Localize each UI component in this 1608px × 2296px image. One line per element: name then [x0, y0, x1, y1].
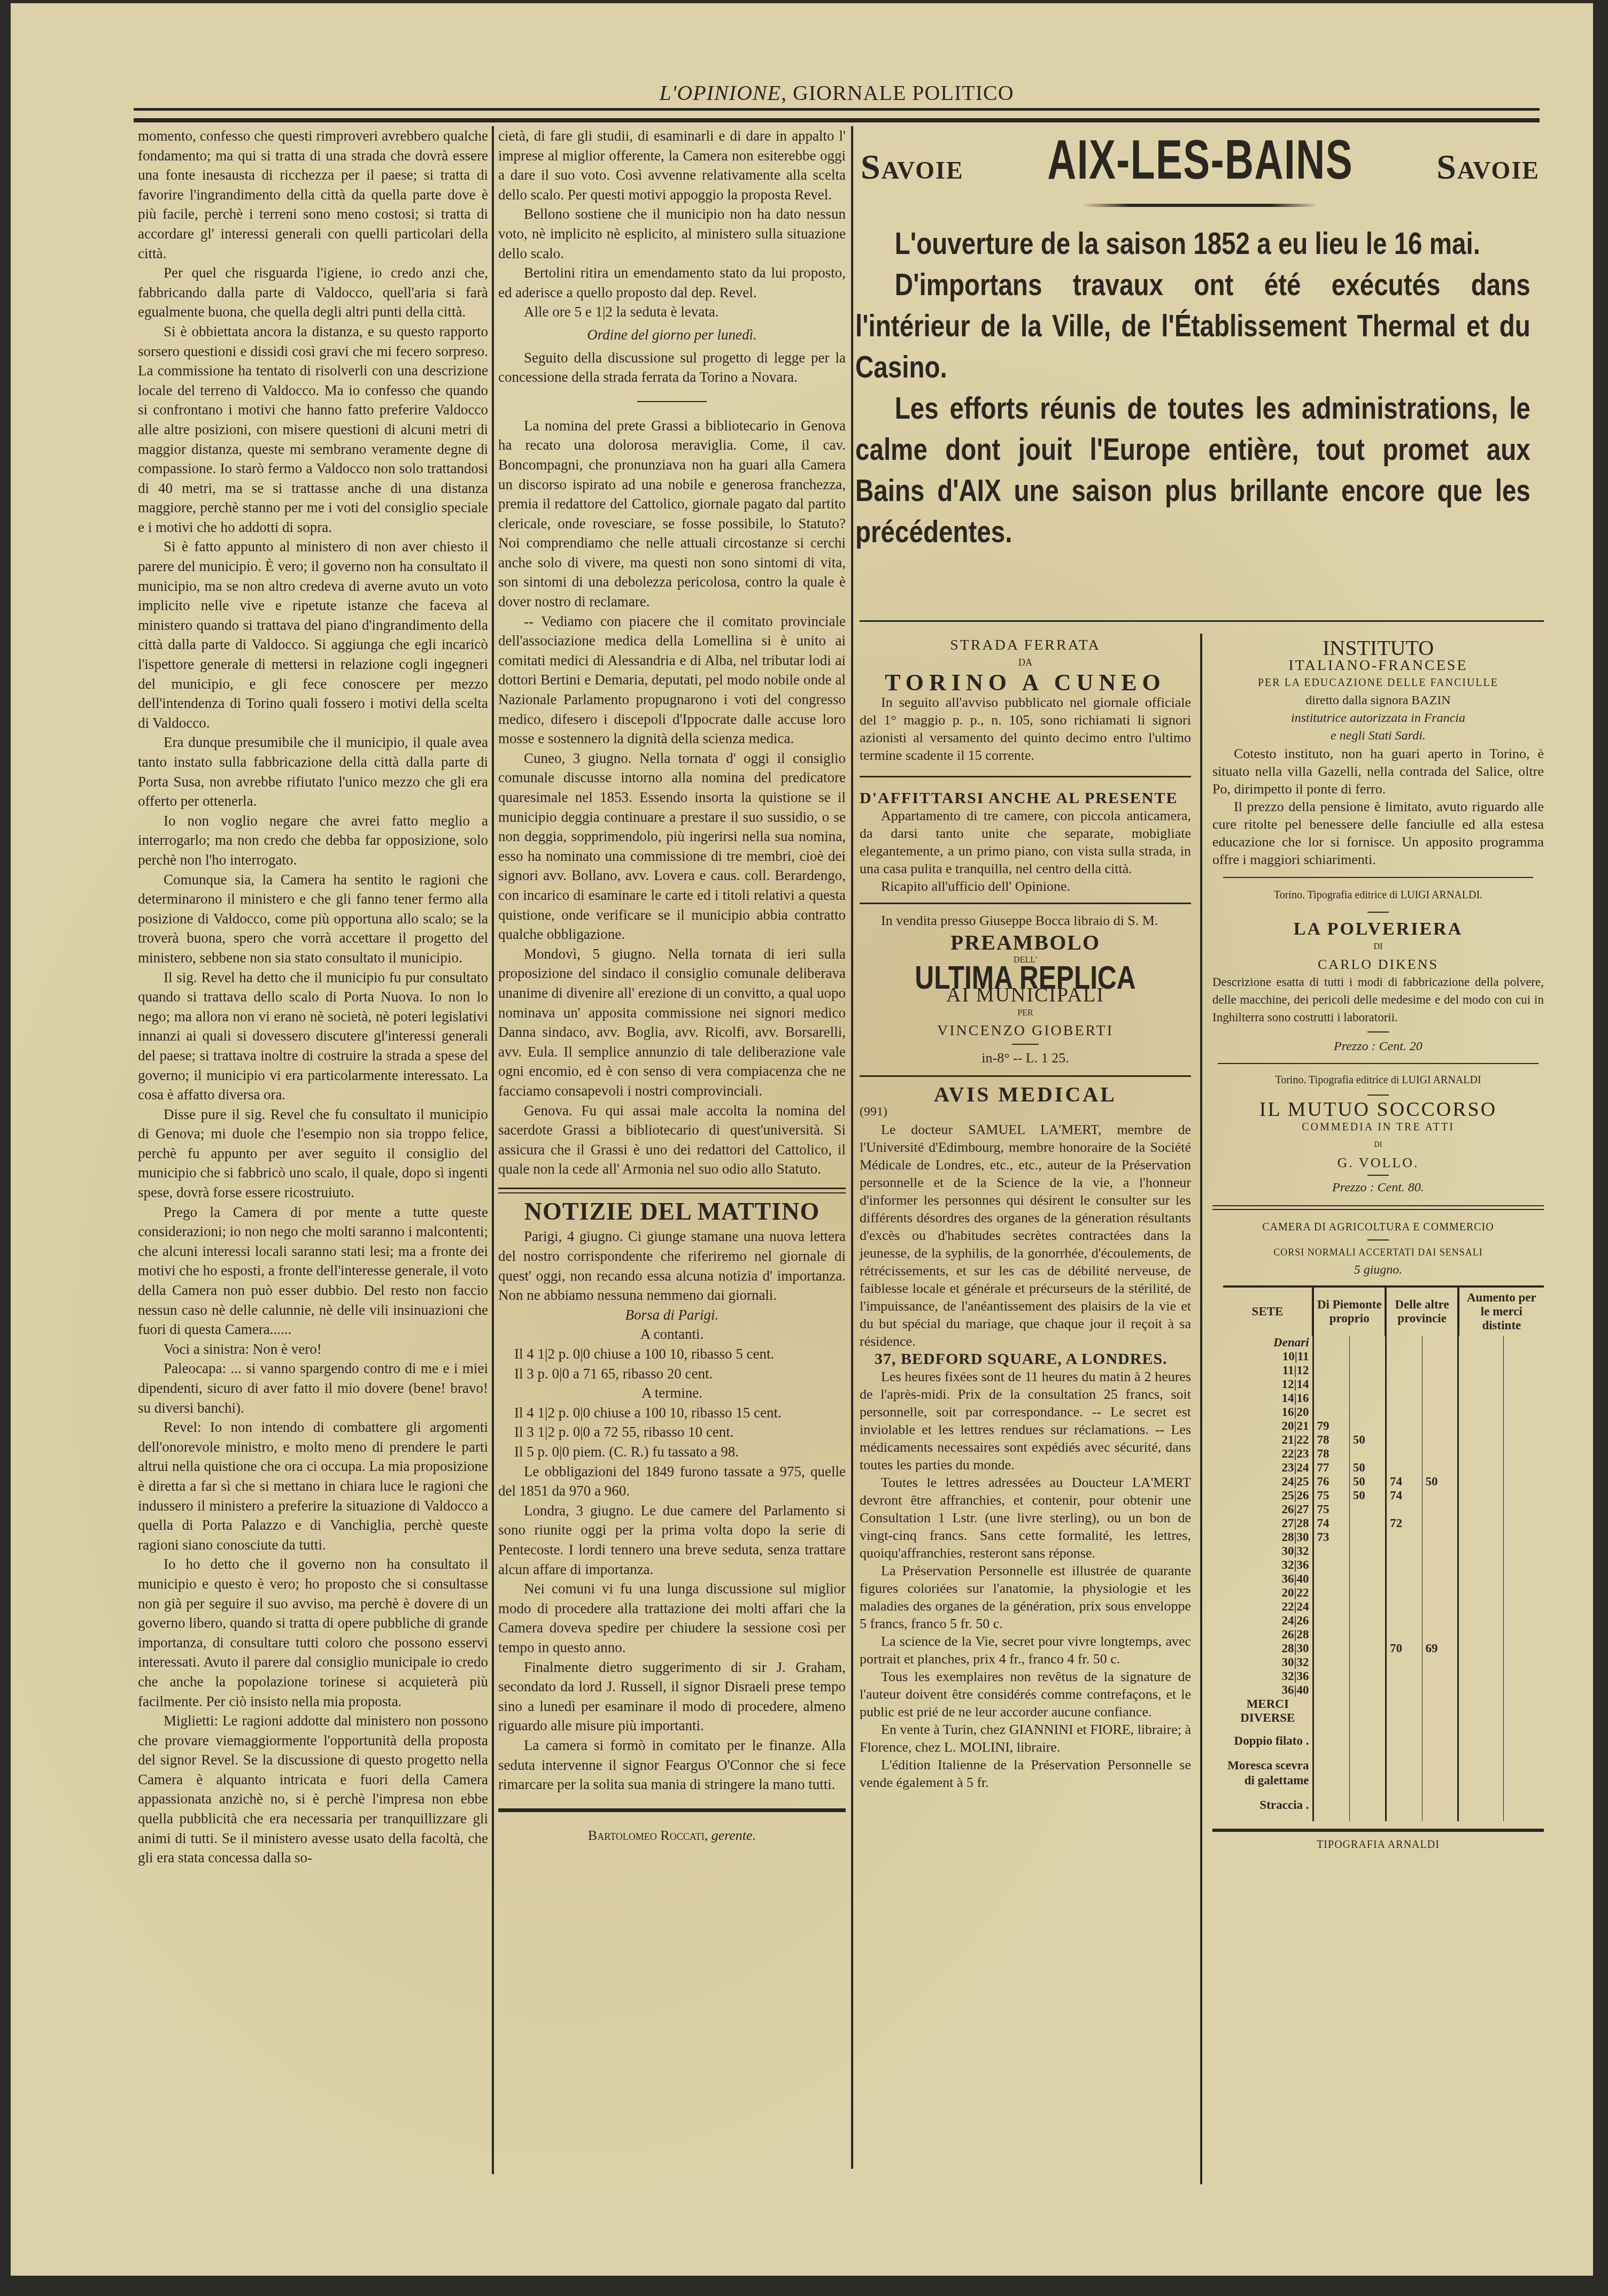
table-cell — [1458, 1789, 1504, 1821]
table-row: 27|287472 — [1223, 1516, 1544, 1530]
price-cell — [1458, 1586, 1504, 1600]
instituto-paragraph: Cotesto instituto, non ha guari aperto i… — [1212, 745, 1544, 798]
signature: Bartolomeo Roccati, gerente. — [498, 1826, 846, 1846]
price-cell — [1458, 1530, 1504, 1544]
price-cell — [1349, 1586, 1386, 1600]
article-paragraph: Bertolini ritira un emendamento stato da… — [498, 263, 846, 302]
table-row: 22|2378 — [1223, 1447, 1544, 1461]
price-cell — [1503, 1391, 1544, 1405]
price-cell — [1458, 1489, 1504, 1503]
denari-range: 24|26 — [1223, 1614, 1313, 1628]
printer-credit: TIPOGRAFIA ARNALDI — [1212, 1836, 1544, 1854]
price-cell — [1349, 1614, 1386, 1628]
table-cell — [1503, 1789, 1544, 1821]
preambolo-price: in-8° -- L. 1 25. — [860, 1049, 1191, 1067]
price-cell — [1422, 1391, 1458, 1405]
aix-left-label: Savoie — [861, 147, 964, 188]
bourse-quote: Il 3 p. 0|0 a 71 65, ribasso 20 cent. — [514, 1364, 846, 1384]
londra-paragraph: La camera si formò in comitato per le fi… — [498, 1736, 846, 1794]
denari-range: 30|32 — [1223, 1544, 1313, 1558]
price-cell — [1458, 1642, 1504, 1655]
price-cell — [1386, 1683, 1422, 1697]
price-cell — [1422, 1489, 1458, 1503]
camera-subtitle: CORSI NORMALI ACCERTATI DAI SENSALI — [1212, 1244, 1544, 1261]
price-cell — [1503, 1530, 1544, 1544]
price-cell — [1422, 1544, 1458, 1558]
denari-range: 36|40 — [1223, 1683, 1313, 1697]
table-cell — [1422, 1725, 1458, 1757]
article-paragraph: Prego la Camera di por mente a tutte que… — [138, 1203, 488, 1339]
divider — [1367, 1239, 1389, 1241]
price-cell — [1503, 1572, 1544, 1586]
divider — [1218, 1063, 1539, 1064]
table-row: 30|32 — [1223, 1655, 1544, 1669]
table-cell — [1458, 1757, 1504, 1789]
aix-title: AIX-LES-BAINS — [1047, 128, 1353, 192]
price-cell: 50 — [1349, 1433, 1386, 1447]
merci-item: Doppio filato . — [1223, 1725, 1313, 1757]
price-cell — [1313, 1600, 1349, 1614]
table-row: 12|14 — [1223, 1377, 1544, 1391]
article-paragraph: Io ho detto che il governo non ha consul… — [138, 1554, 488, 1711]
column-2: cietà, di fare gli studii, di esaminarli… — [498, 126, 846, 1845]
price-cell — [1349, 1544, 1386, 1558]
mutuo-author: G. VOLLO. — [1212, 1154, 1544, 1172]
denari-range: 24|25 — [1223, 1475, 1313, 1489]
avis-paragraph: En vente à Turin, chez GIANNINI et FIORE… — [860, 1721, 1191, 1756]
article-paragraph: Io non voglio negare che avrei fatto meg… — [138, 811, 488, 870]
strada-title: STRADA FERRATA — [860, 636, 1191, 654]
price-cell — [1422, 1503, 1458, 1516]
price-cell — [1503, 1433, 1544, 1447]
price-cell — [1458, 1655, 1504, 1669]
price-cell — [1503, 1600, 1544, 1614]
table-cell — [1422, 1336, 1458, 1350]
table-cell — [1313, 1697, 1349, 1725]
news-paragraph: Genova. Fu qui assai male accolta la nom… — [498, 1101, 846, 1179]
table-cell — [1349, 1336, 1386, 1350]
mutuo-price: Prezzo : Cent. 80. — [1212, 1179, 1544, 1197]
price-cell — [1422, 1628, 1458, 1642]
price-cell — [1349, 1683, 1386, 1697]
price-cell — [1349, 1530, 1386, 1544]
article-paragraph: Voci a sinistra: Non è vero! — [138, 1339, 488, 1359]
price-cell — [1458, 1377, 1504, 1391]
price-cell — [1313, 1544, 1349, 1558]
avis-paragraph: Les heures fixées sont de 11 heures du m… — [860, 1368, 1191, 1474]
table-cell — [1349, 1789, 1386, 1821]
affittarsi-text: Appartamento di tre camere, con piccola … — [860, 807, 1191, 877]
denari-range: 26|27 — [1223, 1503, 1313, 1516]
price-cell: 50 — [1349, 1489, 1386, 1503]
table-cell — [1313, 1336, 1349, 1350]
table-header: SETE — [1223, 1288, 1313, 1336]
table-cell — [1313, 1757, 1349, 1789]
masthead-subtitle: , GIORNALE POLITICO — [781, 81, 1014, 105]
table-cell — [1386, 1725, 1422, 1757]
strada-text: In seguito all'avviso pubblicato nel gio… — [860, 694, 1191, 764]
table-cell — [1386, 1697, 1422, 1725]
table-row: 11|12 — [1223, 1363, 1544, 1377]
table-row: 24|26 — [1223, 1614, 1544, 1628]
table-cell — [1458, 1336, 1504, 1350]
avis-paragraph: Le docteur SAMUEL LA'MERT, membre de l'U… — [860, 1121, 1191, 1350]
parigi-paragraph: Parigi, 4 giugno. Ci giunge stamane una … — [498, 1227, 846, 1305]
londra-paragraph: Londra, 3 giugno. Le due camere del Parl… — [498, 1501, 846, 1579]
price-cell — [1503, 1350, 1544, 1363]
table-cell — [1349, 1757, 1386, 1789]
price-cell: 75 — [1313, 1503, 1349, 1516]
instituto-cred2: e negli Stati Sardi. — [1212, 727, 1544, 745]
price-cell — [1313, 1683, 1349, 1697]
londra-paragraph: Finalmente dietro suggerimento di sir J.… — [498, 1658, 846, 1736]
price-cell — [1349, 1558, 1386, 1572]
table-cell — [1503, 1336, 1544, 1350]
price-cell — [1313, 1558, 1349, 1572]
price-cell — [1349, 1377, 1386, 1391]
instituto-subtitle: ITALIANO-FRANCESE — [1212, 657, 1544, 674]
ads-left-column: STRADA FERRATA DA TORINO A CUNEO In segu… — [860, 636, 1191, 1791]
denari-range: 11|12 — [1223, 1363, 1313, 1377]
price-cell: 75 — [1313, 1489, 1349, 1503]
table-row: 20|22 — [1223, 1586, 1544, 1600]
price-cell — [1422, 1683, 1458, 1697]
price-cell — [1349, 1572, 1386, 1586]
denari-range: 10|11 — [1223, 1350, 1313, 1363]
table-row: 23|247750 — [1223, 1461, 1544, 1475]
price-cell — [1386, 1558, 1422, 1572]
price-cell — [1349, 1447, 1386, 1461]
table-row: 28|3073 — [1223, 1530, 1544, 1544]
denari-range: 25|26 — [1223, 1489, 1313, 1503]
table-cell — [1422, 1757, 1458, 1789]
price-cell — [1503, 1558, 1544, 1572]
mutuo-subtitle: COMMEDIA IN TRE ATTI — [1212, 1119, 1544, 1136]
table-row: 26|28 — [1223, 1628, 1544, 1642]
aix-paragraph: Les efforts réunis de toutes les adminis… — [855, 388, 1530, 552]
notizie-title: NOTIZIE DEL MATTINO — [498, 1202, 846, 1222]
table-cell — [1422, 1697, 1458, 1725]
table-row: 36|40 — [1223, 1572, 1544, 1586]
table-header: Delle altre provincie — [1386, 1288, 1458, 1336]
price-cell — [1503, 1419, 1544, 1433]
price-cell — [1313, 1391, 1349, 1405]
price-cell — [1503, 1544, 1544, 1558]
article-paragraph: Revel: Io non intendo di combattere gli … — [138, 1417, 488, 1554]
price-cell — [1313, 1628, 1349, 1642]
price-cell — [1386, 1433, 1422, 1447]
denari-range: 36|40 — [1223, 1572, 1313, 1586]
price-cell — [1503, 1461, 1544, 1475]
price-cell — [1349, 1628, 1386, 1642]
price-cell — [1386, 1419, 1422, 1433]
denari-range: 27|28 — [1223, 1516, 1313, 1530]
price-cell: 79 — [1313, 1419, 1349, 1433]
price-cell — [1313, 1377, 1349, 1391]
table-row: 10|11 — [1223, 1350, 1544, 1363]
aix-advert: Savoie AIX-LES-BAINS Savoie L'ouverture … — [855, 126, 1545, 552]
affittarsi-title: D'AFFITTARSI ANCHE AL PRESENTE — [860, 789, 1191, 807]
price-cell — [1422, 1419, 1458, 1433]
price-cell — [1386, 1503, 1422, 1516]
avis-paragraph: L'édition Italienne de la Préservation P… — [860, 1756, 1191, 1791]
article-paragraph: Era dunque presumibile che il municipio,… — [138, 733, 488, 811]
price-cell — [1422, 1350, 1458, 1363]
ads-right-column: INSTITUTO ITALIANO-FRANCESE PER LA EDUCA… — [1212, 639, 1544, 1854]
price-cell — [1422, 1669, 1458, 1683]
masthead-rule — [134, 108, 1540, 122]
bourse-quote: Il 5 p. 0|0 piem. (C. R.) fu tassato a 9… — [514, 1442, 846, 1462]
table-cell — [1349, 1725, 1386, 1757]
price-cell — [1349, 1503, 1386, 1516]
price-cell — [1458, 1544, 1504, 1558]
price-cell — [1386, 1377, 1422, 1391]
price-cell — [1458, 1600, 1504, 1614]
divider — [860, 776, 1191, 777]
article-paragraph: Disse pure il sig. Revel che fu consulta… — [138, 1105, 488, 1203]
table-row: 26|2775 — [1223, 1503, 1544, 1516]
price-cell — [1313, 1655, 1349, 1669]
bourse-quote: Il 4 1|2 p. 0|0 chiuse a 100 10, ribasso… — [514, 1403, 846, 1423]
table-cell — [1503, 1697, 1544, 1725]
price-cell — [1349, 1669, 1386, 1683]
price-cell — [1386, 1600, 1422, 1614]
table-cell — [1422, 1789, 1458, 1821]
aix-right-label: Savoie — [1436, 147, 1540, 188]
instituto-paragraph: Il prezzo della pensione è limitato, avu… — [1212, 798, 1544, 868]
masthead: L'OPINIONE, GIORNALE POLITICO — [134, 80, 1540, 105]
price-cell — [1386, 1461, 1422, 1475]
price-cell — [1349, 1405, 1386, 1419]
avis-address: 37, BEDFORD SQUARE, A LONDRES. — [860, 1350, 1191, 1368]
price-cell: 76 — [1313, 1475, 1349, 1489]
table-row: 16|20 — [1223, 1405, 1544, 1419]
table-row: 32|36 — [1223, 1558, 1544, 1572]
price-cell — [1458, 1503, 1504, 1516]
denari-range: 22|23 — [1223, 1447, 1313, 1461]
section-rule — [498, 1188, 846, 1193]
instituto-cred: institutrice autorizzata in Francia — [1212, 710, 1544, 727]
article-paragraph: momento, confesso che questi rimproveri … — [138, 126, 488, 263]
table-row: 22|24 — [1223, 1600, 1544, 1614]
price-cell — [1422, 1572, 1458, 1586]
polveriera-printer: Torino. Tipografia editrice di LUIGI ARN… — [1212, 1072, 1544, 1089]
price-cell — [1422, 1433, 1458, 1447]
price-cell: 78 — [1313, 1433, 1349, 1447]
strada-route: TORINO A CUNEO — [860, 674, 1191, 691]
avis-paragraph: La Préservation Personnelle est illustré… — [860, 1562, 1191, 1632]
contanti-title: A contanti. — [498, 1324, 846, 1344]
price-cell — [1422, 1363, 1458, 1377]
article-paragraph: cietà, di fare gli studii, di esaminarli… — [498, 126, 846, 204]
table-cell — [1386, 1757, 1422, 1789]
price-cell — [1422, 1614, 1458, 1628]
table-cell — [1503, 1757, 1544, 1789]
price-cell — [1349, 1350, 1386, 1363]
merci-item: Moresca scevra di galettame — [1223, 1757, 1313, 1789]
price-cell — [1458, 1350, 1504, 1363]
price-cell — [1349, 1419, 1386, 1433]
instituto-director: diretto dalla signora BAZIN — [1212, 692, 1544, 710]
price-cell — [1313, 1669, 1349, 1683]
price-cell: 70 — [1386, 1642, 1422, 1655]
aix-body: L'ouverture de la saison 1852 a eu lieu … — [855, 223, 1530, 552]
price-cell — [1349, 1363, 1386, 1377]
polveriera-price: Prezzo : Cent. 20 — [1212, 1038, 1544, 1055]
price-cell — [1503, 1655, 1544, 1669]
price-cell — [1458, 1461, 1504, 1475]
preambolo-per: PER — [860, 1004, 1191, 1022]
camera-title: CAMERA DI AGRICOLTURA E COMMERCIO — [1212, 1219, 1544, 1236]
section-rule — [860, 620, 1544, 622]
denari-range: 20|22 — [1223, 1586, 1313, 1600]
price-cell — [1313, 1363, 1349, 1377]
table-cell — [1503, 1725, 1544, 1757]
divider — [1367, 912, 1389, 913]
price-cell — [1503, 1447, 1544, 1461]
affittarsi-recapito: Ricapito all'ufficio dell' Opinione. — [860, 877, 1191, 895]
table-cell — [1349, 1697, 1386, 1725]
price-cell: 50 — [1349, 1475, 1386, 1489]
price-cell — [1422, 1655, 1458, 1669]
price-cell — [1313, 1642, 1349, 1655]
price-cell — [1386, 1669, 1422, 1683]
price-cell — [1313, 1586, 1349, 1600]
price-cell — [1458, 1572, 1504, 1586]
denari-range: 12|14 — [1223, 1377, 1313, 1391]
price-cell — [1422, 1405, 1458, 1419]
price-cell — [1386, 1363, 1422, 1377]
masthead-title: L'OPINIONE — [659, 81, 780, 105]
news-paragraph: Mondovì, 5 giugno. Nella tornata di ieri… — [498, 944, 846, 1101]
price-cell — [1458, 1447, 1504, 1461]
price-cell — [1458, 1405, 1504, 1419]
price-cell — [1422, 1377, 1458, 1391]
denari-range: 28|30 — [1223, 1530, 1313, 1544]
preambolo-author: VINCENZO GIOBERTI — [860, 1022, 1191, 1039]
table-row: 24|2576507450 — [1223, 1475, 1544, 1489]
article-paragraph: Alle ore 5 e 1|2 la seduta è levata. — [498, 302, 846, 322]
price-cell — [1503, 1516, 1544, 1530]
camera-date: 5 giugno. — [1212, 1261, 1544, 1279]
price-cell — [1458, 1683, 1504, 1697]
price-cell — [1422, 1600, 1458, 1614]
price-cell — [1458, 1614, 1504, 1628]
section-rule — [1212, 1205, 1544, 1210]
avis-paragraph: Toutes le lettres adressées au Doucteur … — [860, 1474, 1191, 1562]
preambolo-title: PREAMBOLO — [860, 934, 1191, 951]
price-cell — [1458, 1475, 1504, 1489]
polveriera-text: Descrizione esatta di tutti i modi di fa… — [1212, 973, 1544, 1026]
table-cell — [1458, 1725, 1504, 1757]
table-cell — [1386, 1336, 1422, 1350]
price-cell — [1386, 1586, 1422, 1600]
price-cell — [1458, 1391, 1504, 1405]
price-cell — [1349, 1516, 1386, 1530]
instituto-printer: Torino. Tipografia editrice di LUIGI ARN… — [1212, 887, 1544, 904]
article-paragraph: Si è obbiettata ancora la distanza, e su… — [138, 322, 488, 537]
price-cell — [1349, 1642, 1386, 1655]
table-cell — [1386, 1789, 1422, 1821]
price-cell — [1386, 1628, 1422, 1642]
price-cell — [1386, 1655, 1422, 1669]
merci-title: MERCI DIVERSE — [1223, 1697, 1313, 1725]
table-cell — [1313, 1789, 1349, 1821]
article-paragraph: Miglietti: Le ragioni addotte dal minist… — [138, 1711, 488, 1868]
price-cell — [1458, 1419, 1504, 1433]
termine-title: A termine. — [498, 1383, 846, 1403]
price-cell — [1313, 1350, 1349, 1363]
avis-title: AVIS MEDICAL — [860, 1085, 1191, 1103]
table-row: 25|26755074 — [1223, 1489, 1544, 1503]
order-text: Seguito della discussione sul progetto d… — [498, 348, 846, 387]
price-cell — [1503, 1614, 1544, 1628]
bourse-quote: Il 3 1|2 p. 0|0 a 72 55, ribasso 10 cent… — [514, 1422, 846, 1442]
aix-paragraph: D'importans travaux ont été exécutés dan… — [855, 264, 1530, 388]
denari-range: 32|36 — [1223, 1669, 1313, 1683]
price-cell — [1503, 1586, 1544, 1600]
article-paragraph: Si è fatto appunto al ministero di non a… — [138, 537, 488, 733]
ornament-divider — [1083, 204, 1318, 207]
price-cell — [1349, 1655, 1386, 1669]
price-cell — [1313, 1405, 1349, 1419]
denari-range: 23|24 — [1223, 1461, 1313, 1475]
obbligazioni-paragraph: Le obbligazioni del 1849 furono tassate … — [498, 1462, 846, 1501]
price-cell — [1503, 1405, 1544, 1419]
price-cell — [1422, 1461, 1458, 1475]
price-cell — [1386, 1447, 1422, 1461]
price-cell — [1503, 1628, 1544, 1642]
price-cell — [1458, 1669, 1504, 1683]
price-cell — [1458, 1628, 1504, 1642]
price-cell — [1503, 1489, 1544, 1503]
column-1: momento, confesso che questi rimproveri … — [138, 126, 488, 1868]
price-cell — [1313, 1572, 1349, 1586]
bourse-quote: Il 4 1|2 p. 0|0 chiuse a 100 10, ribasso… — [514, 1344, 846, 1364]
price-cell — [1422, 1516, 1458, 1530]
price-cell — [1503, 1503, 1544, 1516]
signature-role: gerente. — [712, 1828, 756, 1843]
price-cell — [1458, 1363, 1504, 1377]
price-cell — [1503, 1669, 1544, 1683]
table-row: 21|227850 — [1223, 1433, 1544, 1447]
price-cell: 69 — [1422, 1642, 1458, 1655]
divider — [1367, 1031, 1389, 1033]
signature-name: Bartolomeo Roccati, — [588, 1828, 708, 1843]
divider — [637, 401, 707, 402]
table-header: Di Piemonte proprio — [1313, 1288, 1386, 1336]
denari-range: 32|36 — [1223, 1558, 1313, 1572]
borsa-title: Borsa di Parigi. — [498, 1305, 846, 1325]
table-cell — [1458, 1697, 1504, 1725]
price-cell — [1458, 1516, 1504, 1530]
price-cell: 73 — [1313, 1530, 1349, 1544]
avis-paragraph: La science de la Vie, secret pour vivre … — [860, 1632, 1191, 1668]
mutuo-di: DI — [1212, 1136, 1544, 1154]
polveriera-di: DI — [1212, 938, 1544, 956]
price-cell — [1422, 1530, 1458, 1544]
price-cell — [1386, 1405, 1422, 1419]
price-cell — [1386, 1572, 1422, 1586]
preambolo-vendita: In vendita presso Giuseppe Bocca libraio… — [860, 912, 1191, 929]
price-cell: 77 — [1313, 1461, 1349, 1475]
divider — [1012, 1044, 1039, 1045]
silk-prices-table: SETEDi Piemonte proprioDelle altre provi… — [1223, 1288, 1544, 1821]
price-cell — [1458, 1558, 1504, 1572]
price-cell — [1349, 1600, 1386, 1614]
price-cell: 74 — [1313, 1516, 1349, 1530]
table-row: 36|40 — [1223, 1683, 1544, 1697]
